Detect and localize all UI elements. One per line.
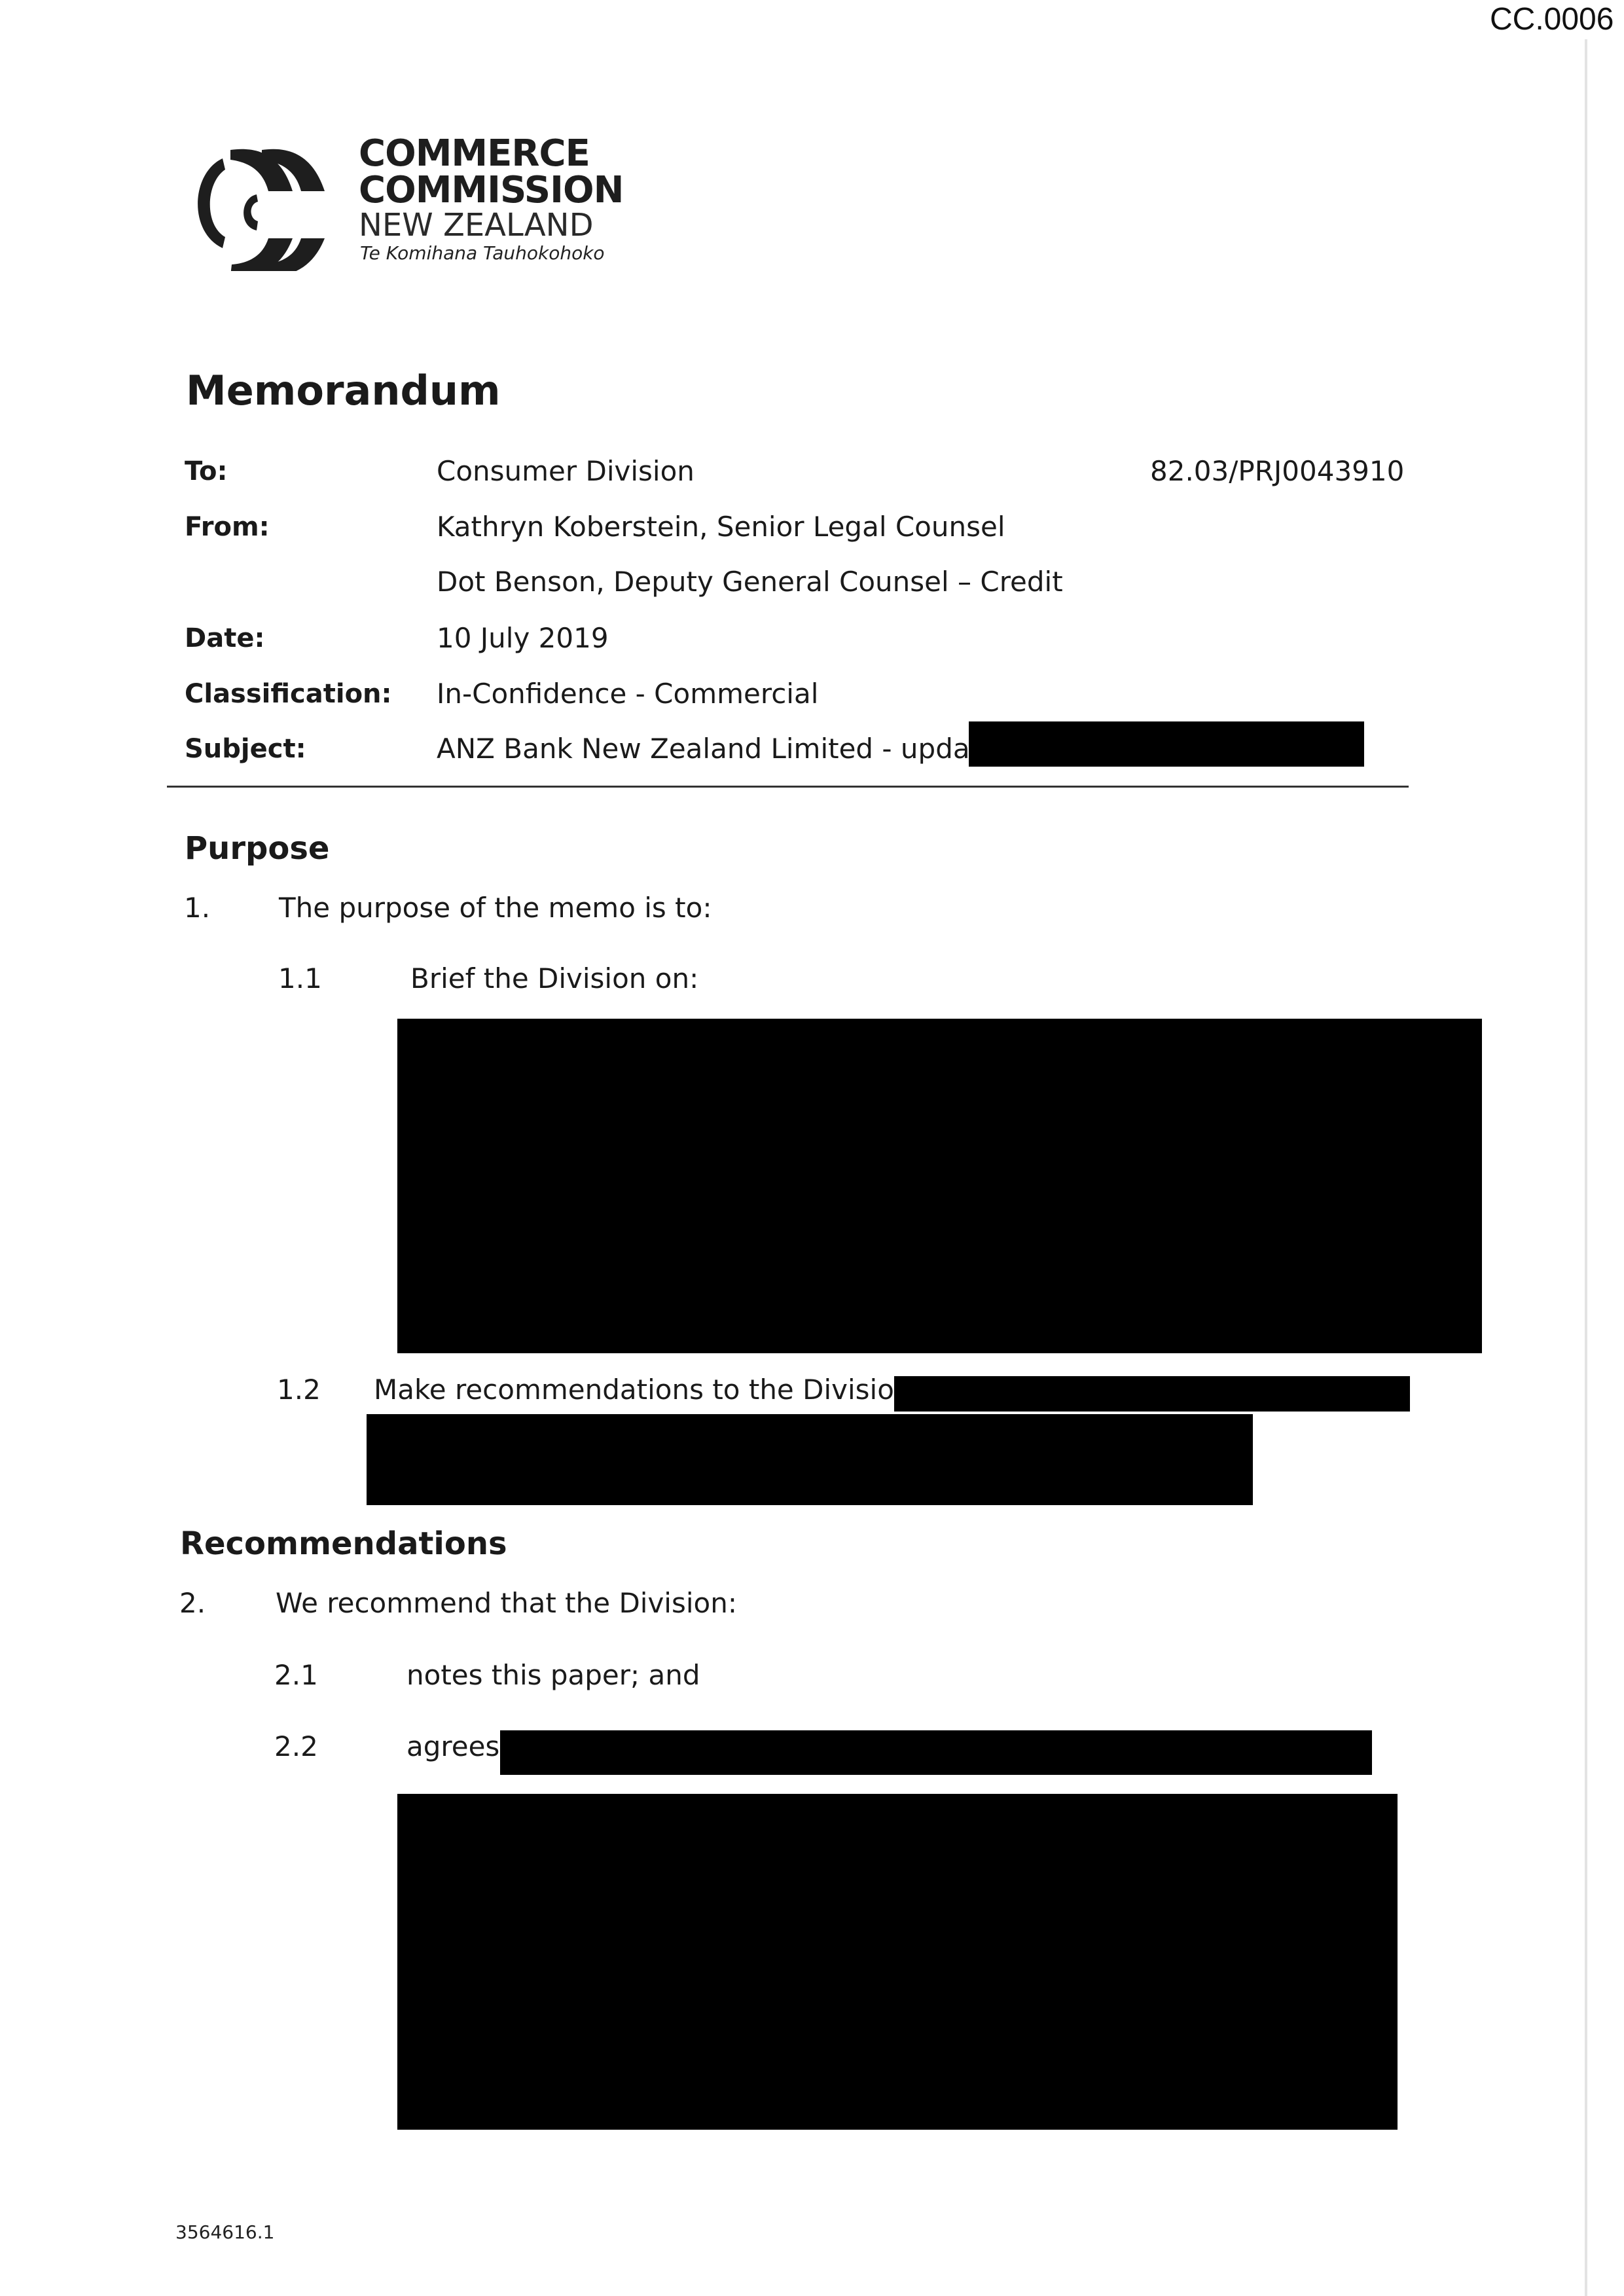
from-value-2: Dot Benson, Deputy General Counsel – Cre… (437, 566, 1063, 598)
heading-recommendations: Recommendations (180, 1525, 507, 1562)
from-value-1: Kathryn Koberstein, Senior Legal Counsel (437, 511, 1005, 543)
from-label: From: (185, 512, 270, 542)
footer-doc-number: 3564616.1 (175, 2221, 274, 2243)
item-number-1-2: 1.2 (277, 1374, 321, 1406)
redaction-box-subject (969, 721, 1364, 767)
logo-text-commission: COMMISSION (359, 169, 623, 211)
item-text-1-1: Brief the Division on: (410, 962, 698, 994)
redaction-box-2-2-inline (500, 1730, 1372, 1775)
logo-text-new-zealand: NEW ZEALAND (359, 207, 594, 244)
classification-label: Classification: (185, 679, 392, 709)
to-label: To: (185, 456, 227, 486)
page-title: Memorandum (186, 367, 501, 414)
para-number-2: 2. (179, 1587, 206, 1619)
para-text-1: The purpose of the memo is to: (279, 892, 712, 924)
item-text-2-1: notes this paper; and (406, 1659, 700, 1691)
classification-value: In-Confidence - Commercial (437, 678, 818, 710)
item-number-2-2: 2.2 (274, 1730, 318, 1762)
heading-purpose: Purpose (185, 830, 329, 867)
redaction-box-2-2-block (397, 1794, 1398, 2130)
document-id: CC.0006 (1490, 1, 1614, 37)
to-value: Consumer Division (437, 455, 695, 487)
item-text-2-2: agrees (406, 1730, 499, 1762)
redaction-box-1-1 (397, 1019, 1482, 1353)
redaction-box-1-2-inline (894, 1376, 1410, 1412)
reference-number: 82.03/PRJ0043910 (1150, 455, 1404, 487)
item-number-1-1: 1.1 (278, 962, 322, 994)
para-number-1: 1. (184, 892, 210, 924)
subject-value: ANZ Bank New Zealand Limited - update (437, 733, 998, 765)
logo-text-maori-name: Te Komihana Tauhokohoko (360, 242, 605, 264)
commerce-commission-logo-icon (185, 134, 348, 271)
subject-label: Subject: (185, 734, 306, 764)
para-text-2: We recommend that the Division: (276, 1587, 737, 1619)
date-label: Date: (185, 623, 264, 653)
scan-edge-line (1585, 39, 1587, 2296)
header-divider (167, 786, 1409, 788)
date-value: 10 July 2019 (437, 622, 609, 654)
redaction-box-1-2-block (367, 1414, 1253, 1505)
item-text-1-2: Make recommendations to the Division (374, 1374, 912, 1406)
item-number-2-1: 2.1 (274, 1659, 318, 1691)
